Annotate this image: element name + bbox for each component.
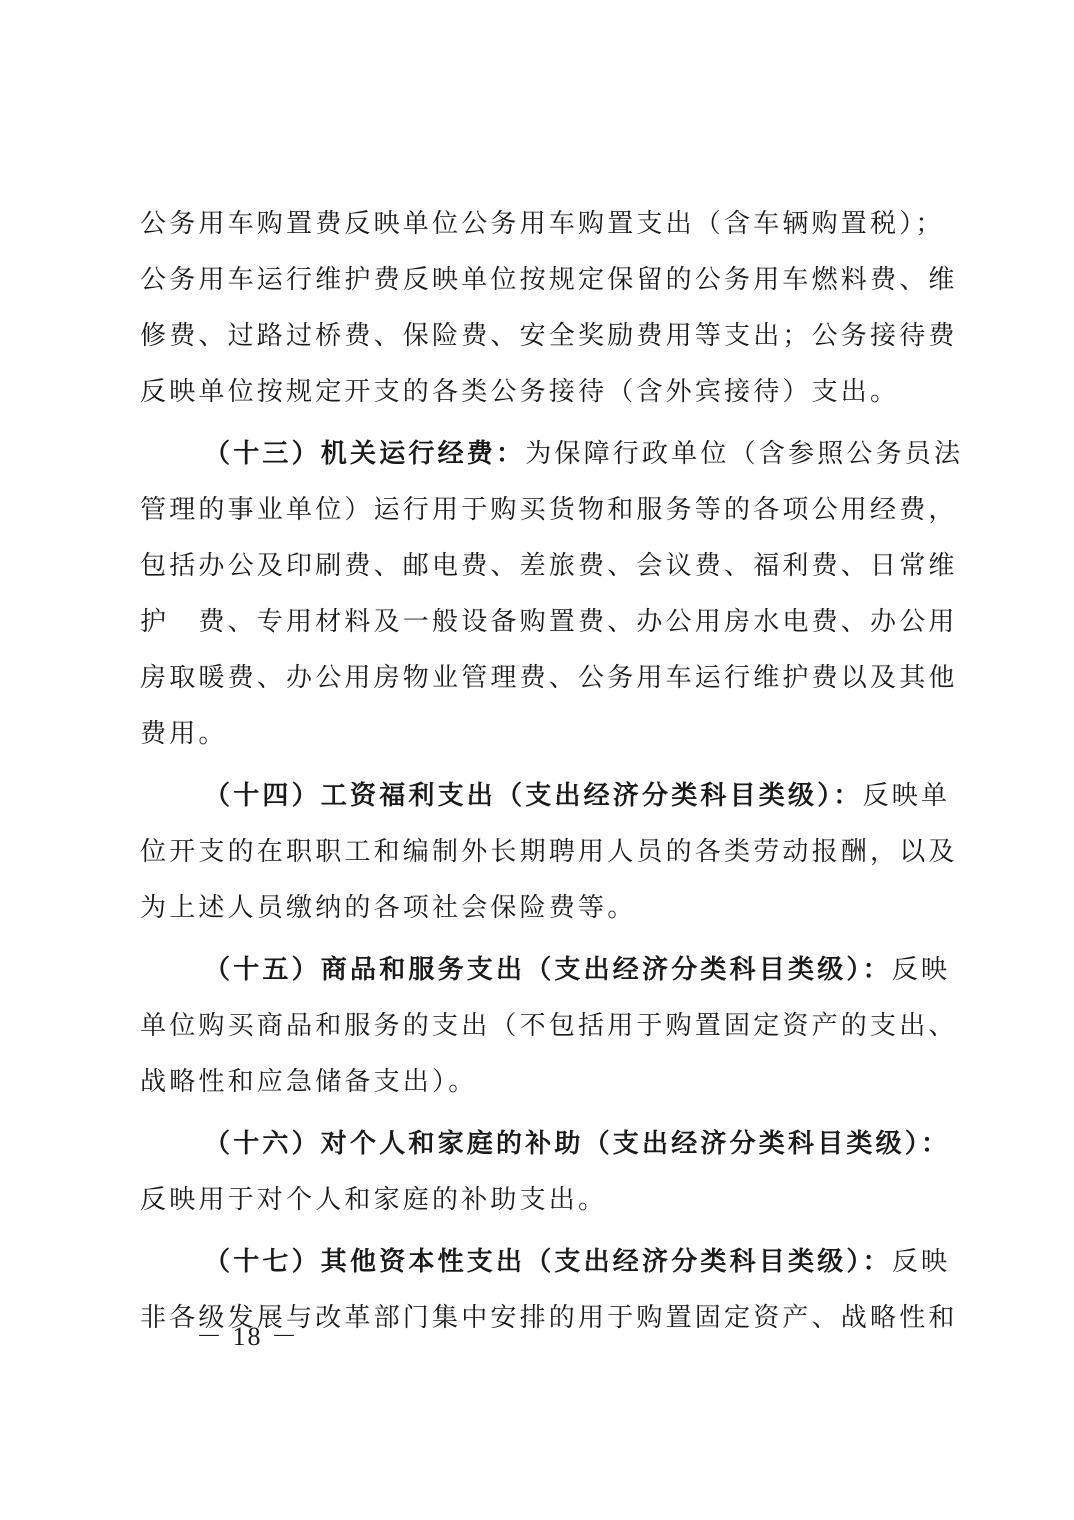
text-span: 反映单 bbox=[863, 781, 951, 811]
paragraph-15-goods-services: （十五）商品和服务支出（支出经济分类科目类级）：反映 单位购买商品和服务的支出（… bbox=[140, 942, 936, 1110]
section-heading: （十六）对个人和家庭的补助（支出经济分类科目类级）： bbox=[204, 1129, 950, 1159]
document-page: 公务用车购置费反映单位公务用车购置支出（含车辆购置税）； 公务用车运行维护费反映… bbox=[0, 0, 1074, 1520]
paragraph-13-operating-expenses: （十三）机关运行经费：为保障行政单位（含参照公务员法 管理的事业单位）运行用于购… bbox=[140, 426, 936, 762]
section-heading: （十七）其他资本性支出（支出经济分类科目类级）： bbox=[204, 1247, 892, 1277]
text-line: （十六）对个人和家庭的补助（支出经济分类科目类级）： bbox=[140, 1116, 936, 1172]
text-line: 反映单位按规定开支的各类公务接待（含外宾接待）支出。 bbox=[140, 364, 936, 420]
text-line: 公务用车运行维护费反映单位按规定保留的公务用车燃料费、维 bbox=[140, 252, 936, 308]
text-line: 费用。 bbox=[140, 706, 936, 762]
text-line: 单位购买商品和服务的支出（不包括用于购置固定资产的支出、 bbox=[140, 998, 936, 1054]
text-line: 房取暖费、办公用房物业管理费、公务用车运行维护费以及其他 bbox=[140, 650, 936, 706]
section-heading: （十四）工资福利支出（支出经济分类科目类级）： bbox=[204, 781, 863, 811]
text-line: 包括办公及印刷费、邮电费、差旅费、会议费、福利费、日常维 bbox=[140, 538, 936, 594]
text-line: 公务用车购置费反映单位公务用车购置支出（含车辆购置税）； bbox=[140, 196, 936, 252]
paragraph-16-household-subsidies: （十六）对个人和家庭的补助（支出经济分类科目类级）： 反映用于对个人和家庭的补助… bbox=[140, 1116, 936, 1228]
text-line: 管理的事业单位）运行用于购买货物和服务等的各项公用经费， bbox=[140, 482, 936, 538]
body-text: 公务用车购置费反映单位公务用车购置支出（含车辆购置税）； 公务用车运行维护费反映… bbox=[140, 196, 936, 1346]
page-number: － 18 － bbox=[196, 1316, 299, 1353]
text-line: 修费、过路过桥费、保险费、安全奖励费用等支出；公务接待费 bbox=[140, 308, 936, 364]
text-line: （十三）机关运行经费：为保障行政单位（含参照公务员法 bbox=[140, 426, 936, 482]
text-line: （十四）工资福利支出（支出经济分类科目类级）：反映单 bbox=[140, 768, 936, 824]
paragraph-vehicle-expenses: 公务用车购置费反映单位公务用车购置支出（含车辆购置税）； 公务用车运行维护费反映… bbox=[140, 196, 936, 420]
text-line: （十五）商品和服务支出（支出经济分类科目类级）：反映 bbox=[140, 942, 936, 998]
text-span: 反映 bbox=[892, 955, 950, 985]
text-line: 护 费、专用材料及一般设备购置费、办公用房水电费、办公用 bbox=[140, 594, 936, 650]
text-line: 战略性和应急储备支出）。 bbox=[140, 1054, 936, 1110]
text-line: （十七）其他资本性支出（支出经济分类科目类级）：反映 bbox=[140, 1234, 936, 1290]
text-span: 为保障行政单位（含参照公务员法 bbox=[525, 439, 963, 469]
text-line: 为上述人员缴纳的各项社会保险费等。 bbox=[140, 880, 936, 936]
paragraph-14-wages-welfare: （十四）工资福利支出（支出经济分类科目类级）：反映单 位开支的在职职工和编制外长… bbox=[140, 768, 936, 936]
section-heading: （十五）商品和服务支出（支出经济分类科目类级）： bbox=[204, 955, 892, 985]
text-span: 反映 bbox=[892, 1247, 950, 1277]
text-line: 位开支的在职职工和编制外长期聘用人员的各类劳动报酬，以及 bbox=[140, 824, 936, 880]
text-line: 反映用于对个人和家庭的补助支出。 bbox=[140, 1172, 936, 1228]
section-heading: （十三）机关运行经费： bbox=[204, 439, 525, 469]
